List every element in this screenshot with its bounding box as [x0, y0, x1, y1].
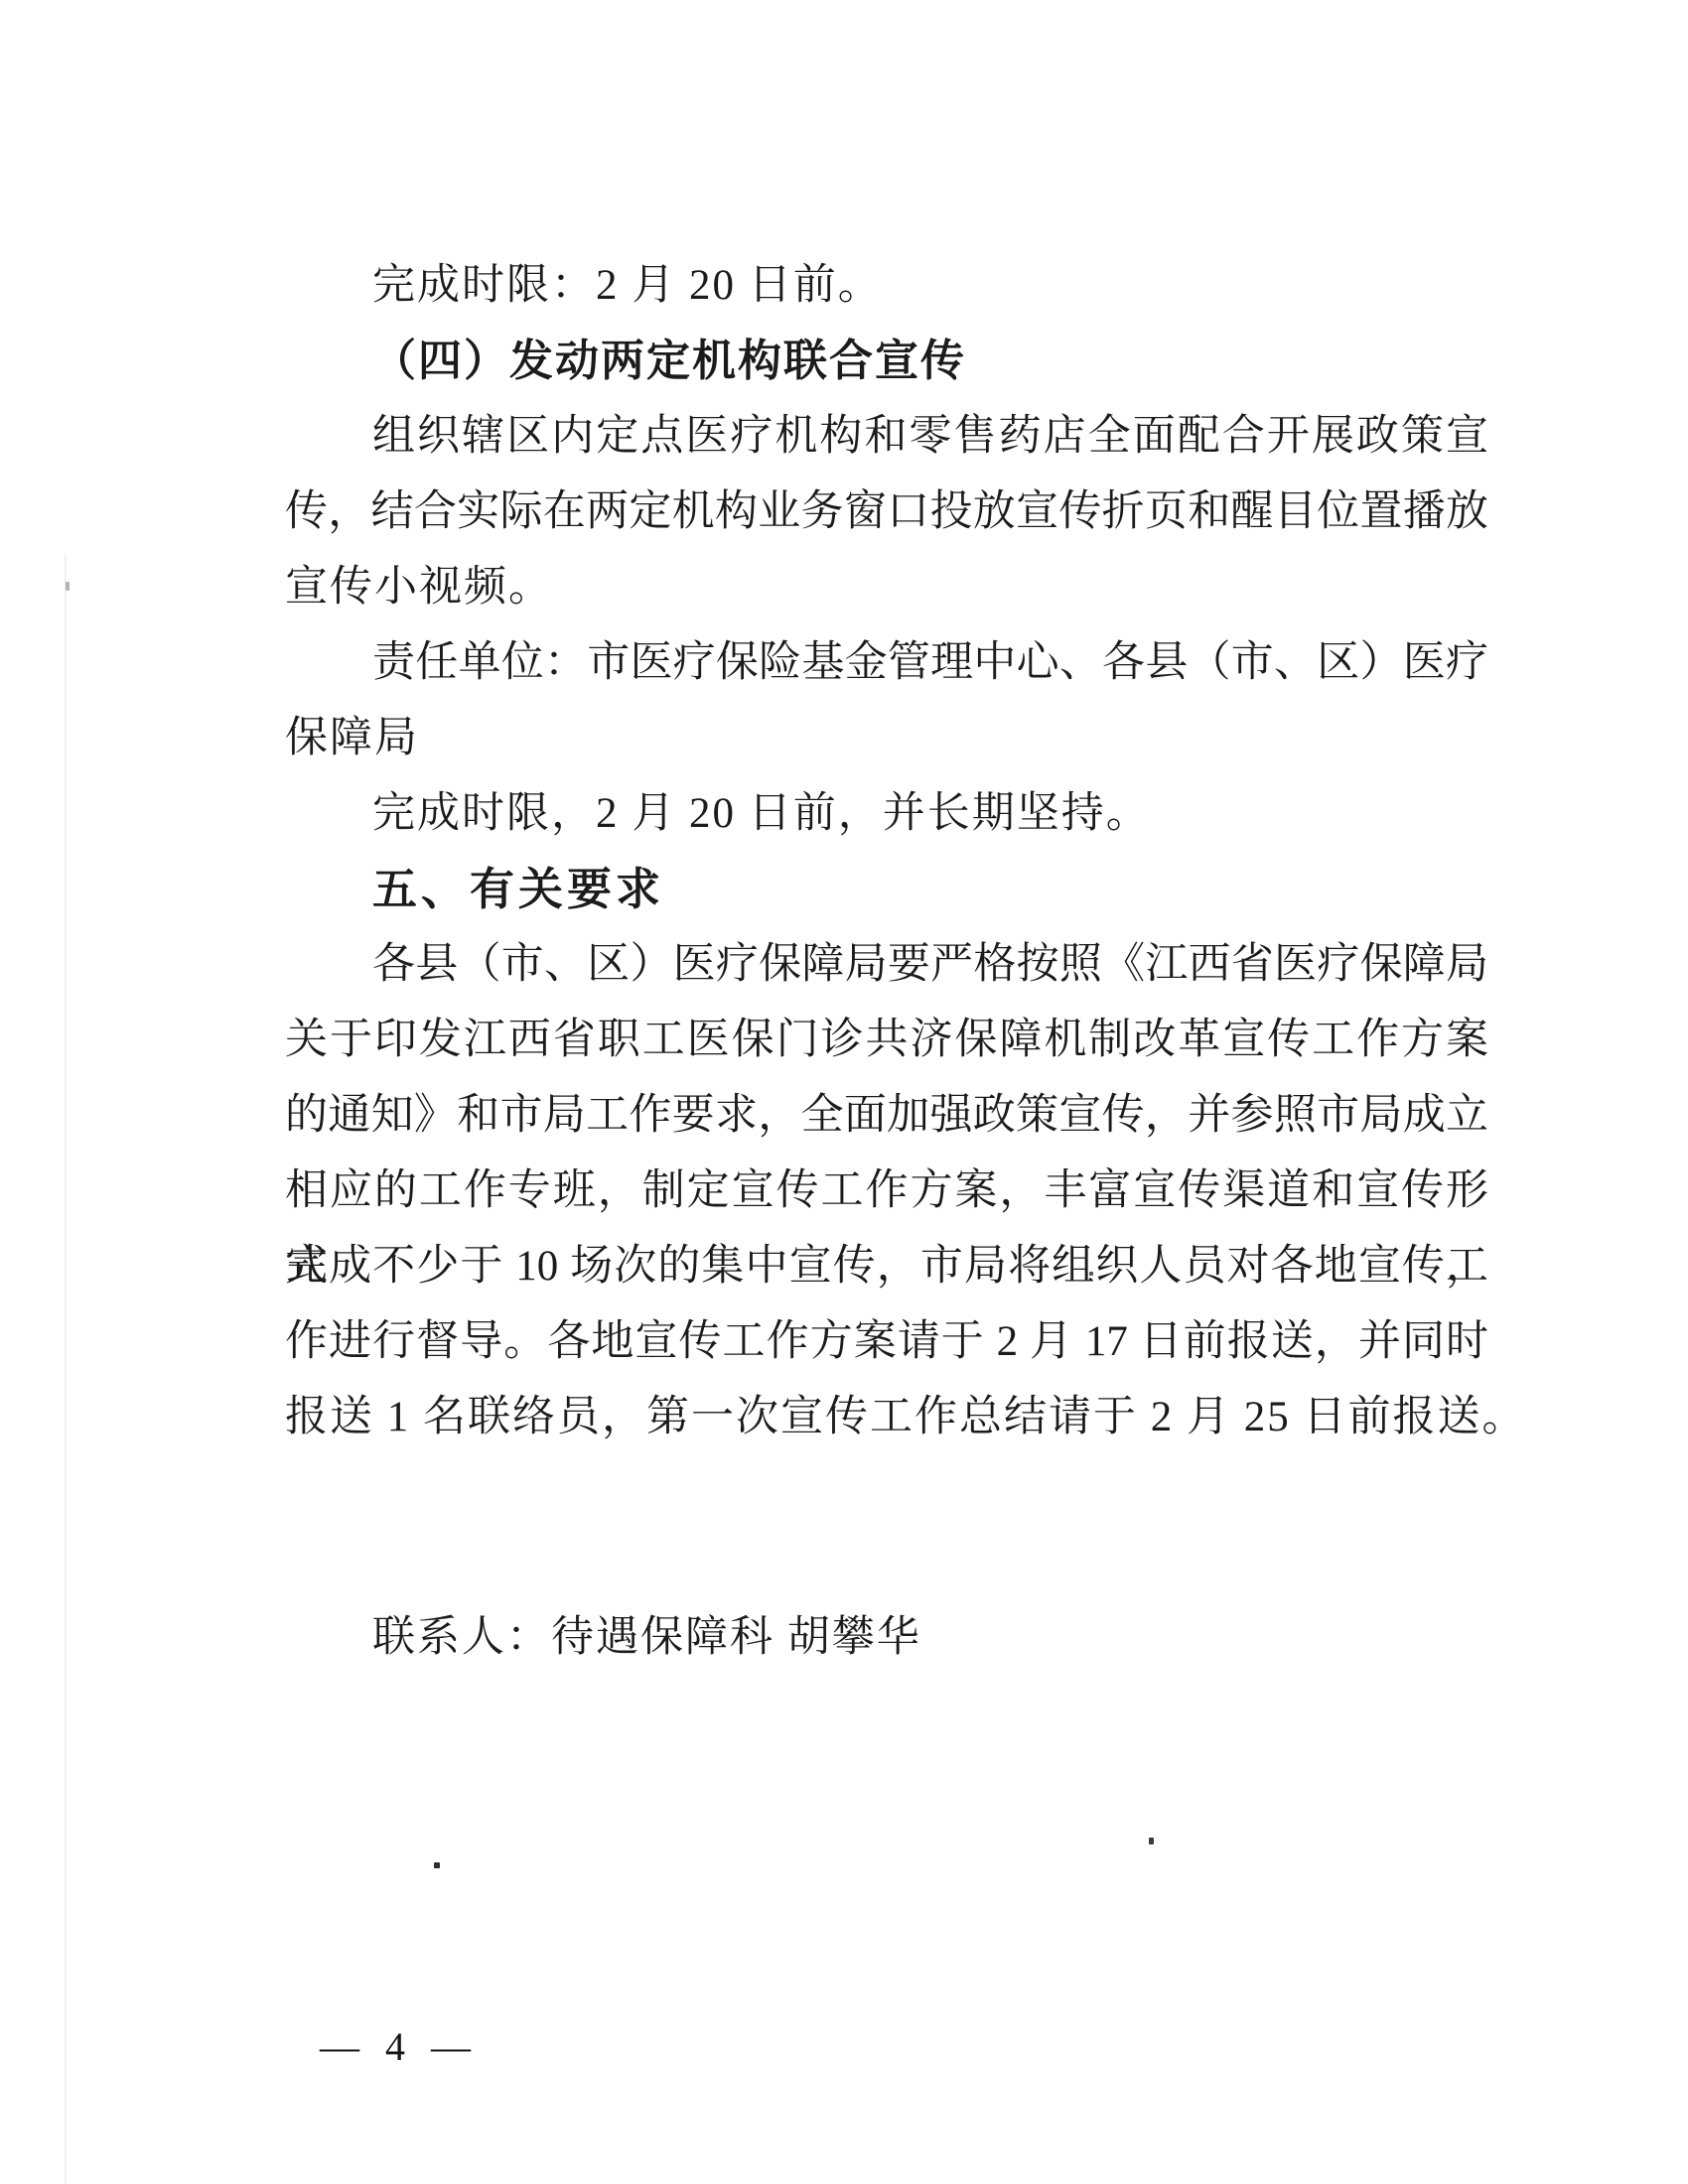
document-page: 完成时限：2 月 20 日前。 （四）发动两定机构联合宣传 组织辖区内定点医疗机… — [0, 0, 1688, 2184]
scan-streak-artifact — [65, 556, 67, 2184]
body-line: 的通知》和市局工作要求，全面加强政策宣传，并参照市局成立 — [285, 1078, 1488, 1154]
body-line: 完成时限：2 月 20 日前。 — [285, 248, 1488, 324]
contact-person-line: 联系人：待遇保障科 胡攀华 — [285, 1600, 1488, 1676]
body-line: 完成不少于 10 场次的集中宣传，市局将组织人员对各地宣传工 — [285, 1229, 1488, 1304]
body-line: 保障局 — [285, 701, 1488, 776]
scan-speck — [1149, 1838, 1154, 1844]
body-line: 各县（市、区）医疗保障局要严格按照《江西省医疗保障局 — [285, 927, 1488, 1003]
scan-speck — [66, 582, 70, 591]
body-line: 传，结合实际在两定机构业务窗口投放宣传折页和醒目位置播放 — [285, 475, 1488, 550]
scan-speck — [1089, 1272, 1093, 1276]
body-line: 组织辖区内定点医疗机构和零售药店全面配合开展政策宣 — [285, 399, 1488, 475]
subsection-heading: （四）发动两定机构联合宣传 — [285, 324, 1488, 399]
body-line: 责任单位：市医疗保险基金管理中心、各县（市、区）医疗 — [285, 625, 1488, 701]
body-line: 宣传小视频。 — [285, 550, 1488, 625]
body-line: 作进行督导。各地宣传工作方案请于 2 月 17 日前报送，并同时 — [285, 1304, 1488, 1380]
body-line: 报送 1 名联络员，第一次宣传工作总结请于 2 月 25 日前报送。 — [285, 1380, 1488, 1455]
body-line: 完成时限，2 月 20 日前，并长期坚持。 — [285, 776, 1488, 852]
body-line: 关于印发江西省职工医保门诊共济保障机制改革宣传工作方案 — [285, 1003, 1488, 1078]
page-number: — 4 — — [320, 2023, 479, 2070]
scan-speck — [434, 1862, 440, 1868]
content-column: 完成时限：2 月 20 日前。 （四）发动两定机构联合宣传 组织辖区内定点医疗机… — [285, 248, 1488, 1676]
section-heading: 五、有关要求 — [285, 852, 1488, 927]
body-line: 相应的工作专班，制定宣传工作方案，丰富宣传渠道和宣传形式， — [285, 1154, 1488, 1229]
